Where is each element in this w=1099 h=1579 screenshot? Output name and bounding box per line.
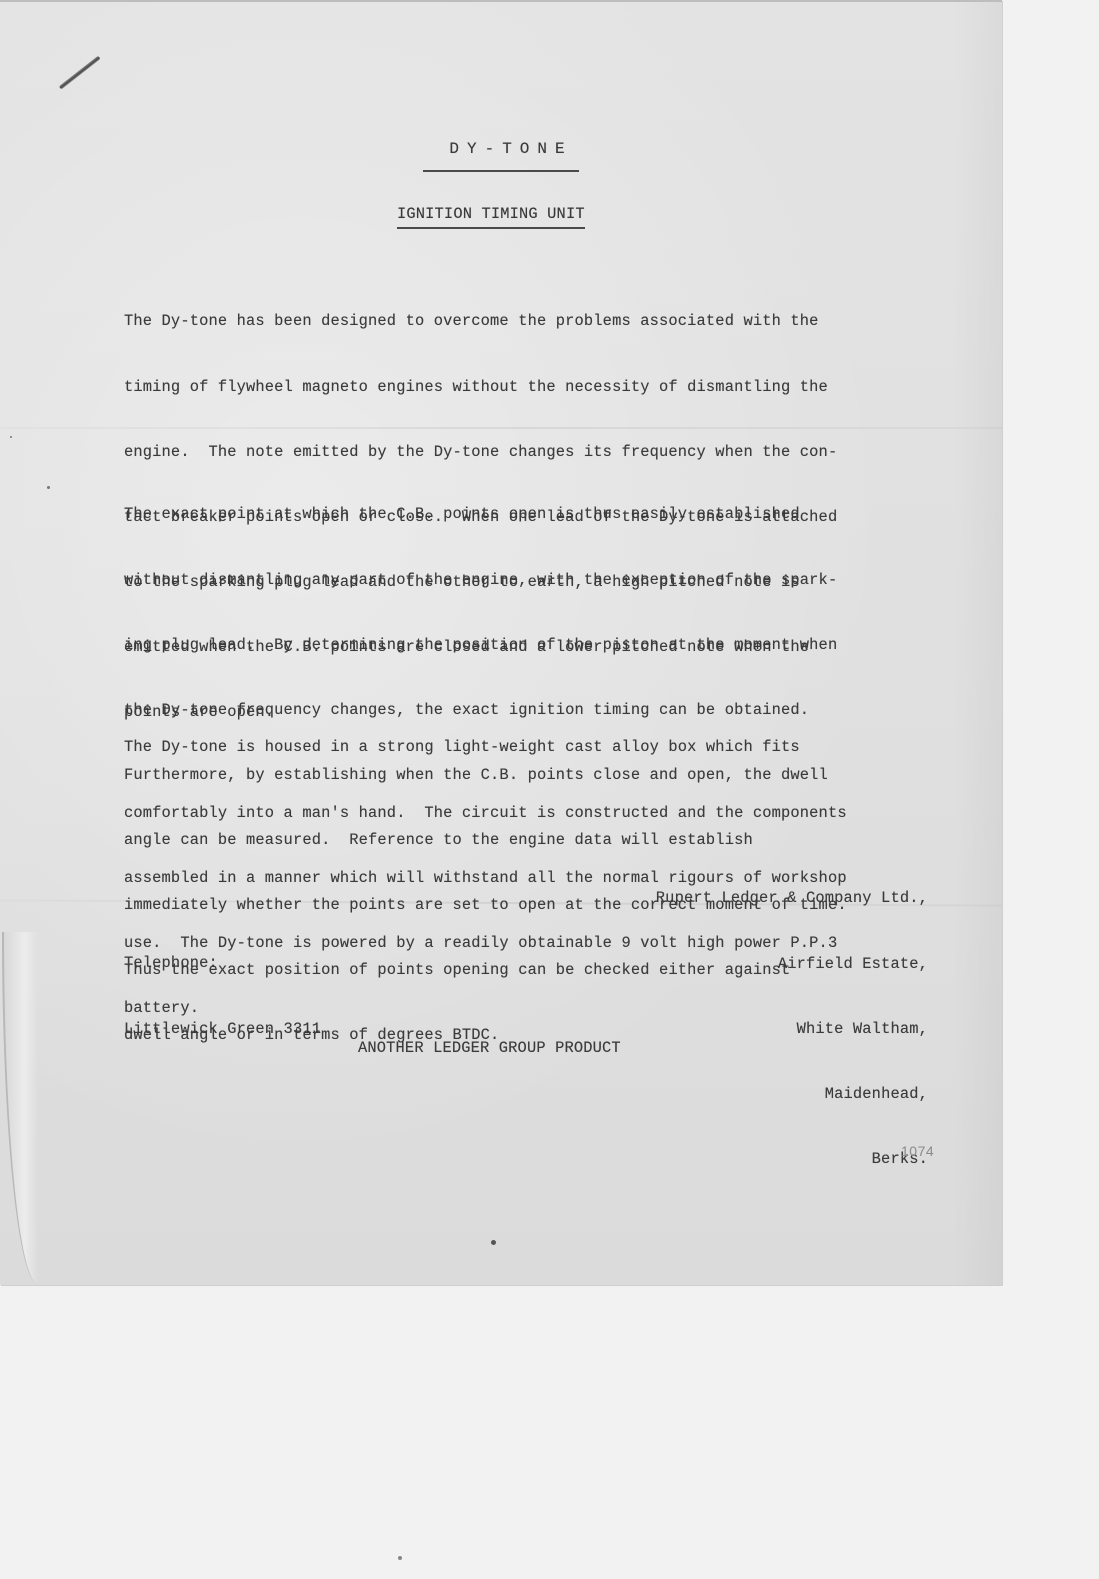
paper-speck: [491, 1240, 496, 1245]
address-line: Maidenhead,: [656, 1084, 928, 1106]
staple-icon: [59, 56, 101, 90]
page-number: 1074: [901, 1143, 934, 1159]
address-line: White Waltham,: [656, 1019, 928, 1041]
address-line: Airfield Estate,: [656, 954, 928, 976]
text-line: without dismantling any part of the engi…: [124, 570, 847, 592]
title-underline: [423, 170, 579, 172]
telephone-label: Telephone:: [124, 953, 321, 975]
text-line: timing of flywheel magneto engines witho…: [124, 377, 837, 399]
telephone-block: Telephone: Littlewick Green 3311: [124, 910, 321, 1084]
scanner-speck: [398, 1556, 402, 1560]
document-page: DY-TONE IGNITION TIMING UNIT The Dy-tone…: [0, 0, 1002, 1285]
address-line: Rupert Ledger & Company Ltd.,: [656, 888, 928, 910]
footer-tagline: ANOTHER LEDGER GROUP PRODUCT: [358, 1038, 621, 1060]
document-title: DY-TONE: [0, 139, 1002, 161]
address-line: Berks.: [656, 1149, 928, 1171]
text-line: comfortably into a man's hand. The circu…: [124, 803, 847, 825]
company-address: Rupert Ledger & Company Ltd., Airfield E…: [656, 845, 928, 1214]
paper-speck: [47, 486, 50, 489]
text-line: ing plug lead. By determining the positi…: [124, 635, 847, 657]
text-line: The exact point at which the C.B. points…: [124, 504, 847, 526]
document-subtitle: IGNITION TIMING UNIT: [397, 204, 585, 229]
text-line: The Dy-tone has been designed to overcom…: [124, 311, 837, 333]
telephone-number: Littlewick Green 3311: [124, 1019, 321, 1041]
paper-edge-shadow: [952, 2, 1002, 1285]
paper-curl: [2, 932, 38, 1284]
paper-speck: [10, 436, 12, 438]
text-line: The Dy-tone is housed in a strong light-…: [124, 737, 847, 759]
